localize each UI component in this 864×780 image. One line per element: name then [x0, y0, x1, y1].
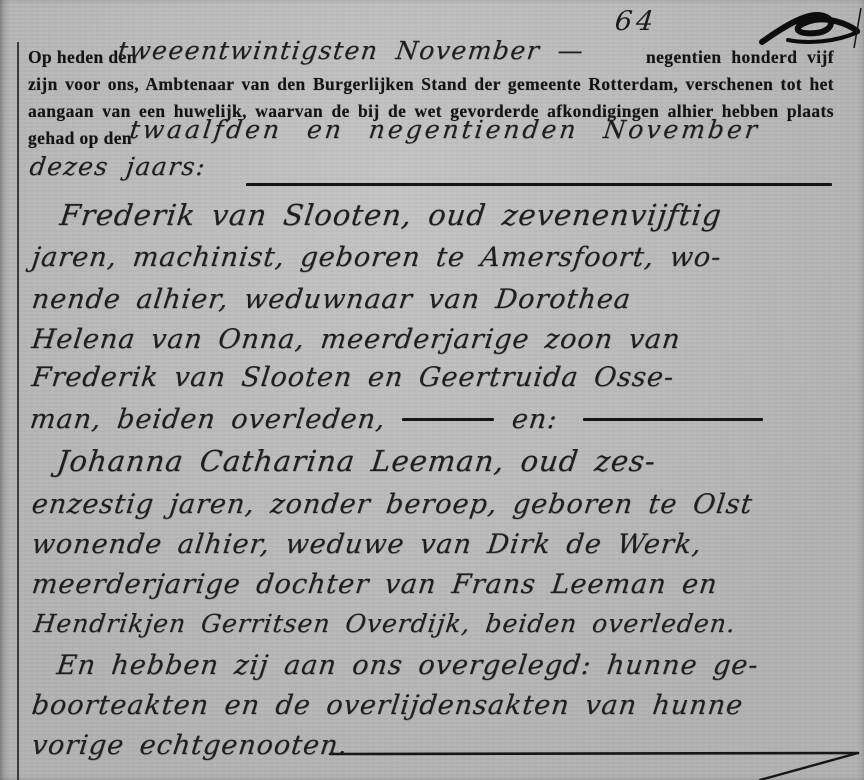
closing-rule-flourish: [320, 738, 864, 780]
handwritten-dezes-jaars: dezes jaars:: [28, 152, 208, 181]
handwritten-groom-line-3: nende alhier, weduwnaar van Dorothea: [30, 284, 633, 315]
page-number: 64: [613, 6, 659, 37]
handwritten-date-first: tweeentwintigsten November —: [116, 36, 586, 65]
handwritten-groom-line-1: Frederik van Slooten, oud zevenenvijftig: [58, 198, 724, 232]
handwritten-bride-line-1: Johanna Catharina Leeman, oud zes-: [55, 444, 658, 478]
handwritten-groom-line-5: Frederik van Slooten en Geertruida Osse-: [30, 362, 676, 393]
handwritten-bride-line-3: wonende alhier, weduwe van Dirk de Werk,: [30, 529, 704, 560]
handwritten-bride-line-2: enzestig jaren, zonder beroep, geboren t…: [30, 489, 755, 520]
handwritten-closing-line-3: vorige echtgenooten.: [30, 730, 350, 761]
printed-line-2: zijn voor ons, Ambtenaar van den Burgerl…: [28, 74, 834, 95]
groom-line-6-text: man, beiden overleden,: [28, 404, 387, 435]
printed-line-4-prefix: gehad op den: [28, 128, 132, 149]
handwritten-groom-line-6: man, beiden overleden, en:: [30, 404, 763, 435]
filler-rule: [402, 418, 494, 421]
filler-rule: [583, 418, 763, 421]
handwritten-bride-line-4: meerderjarige dochter van Frans Leeman e…: [30, 569, 719, 600]
handwritten-closing-line-1: En hebben zij aan ons overgelegd: hunne …: [55, 650, 760, 681]
conjunction-en: en:: [510, 404, 559, 435]
left-margin-rule: [17, 42, 19, 780]
printed-line-1-suffix: negentien honderd vijf: [646, 47, 834, 68]
filler-rule: [246, 183, 832, 186]
scanned-document: 64 Op heden den tweeentwintigsten Novemb…: [0, 0, 864, 780]
handwritten-closing-line-2: boorteakten en de overlijdensakten van h…: [30, 690, 745, 721]
handwritten-groom-line-2: jaren, machinist, geboren te Amersfoort,…: [30, 242, 723, 273]
handwritten-groom-line-4: Helena van Onna, meerderjarige zoon van: [30, 324, 682, 355]
handwritten-date-second: twaalfden en negentienden November: [128, 115, 762, 144]
handwritten-bride-line-5: Hendrikjen Gerritsen Overdijk, beiden ov…: [32, 609, 738, 638]
